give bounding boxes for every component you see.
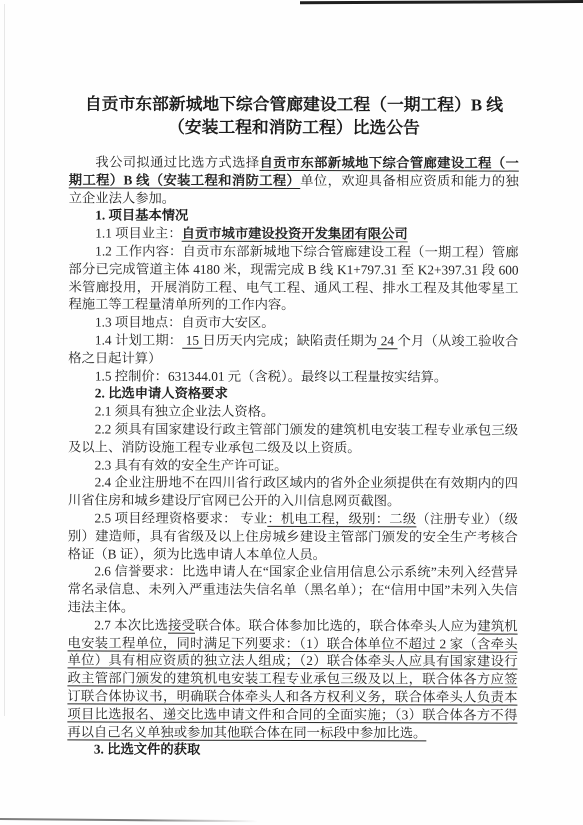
document-body: 我公司拟通过比选方式选择自贡市东部新城地下综合管廊建设工程（一期工程）B 线（安…: [67, 153, 519, 759]
section-heading: 2. 比选申请人资格要求: [68, 385, 518, 404]
paragraph: 2.1 须具有独立企业法人资格。: [68, 403, 518, 422]
document-title-line-2: （安装工程和消防工程）比选公告: [69, 116, 519, 140]
section-heading: 3. 比选文件的获取: [67, 741, 517, 760]
paragraph: 1.1 项目业主：自贡市城市建设投资开发集团有限公司: [69, 225, 519, 244]
paragraph: 2.6 信誉要求：比选申请人在“国家企业信用信息公示系统”未列入经营异常名录信息…: [68, 563, 518, 618]
paragraph: 2.5 项目经理资格要求： 专业：机电工程，级别：二级（注册专业）（级别）建造师…: [68, 509, 518, 564]
paragraph: 1.4 计划工期： 15 日历天内完成；缺陷责任期为 24 个月（从竣工验收合格…: [68, 331, 518, 368]
scanned-document-page: 自贡市东部新城地下综合管廊建设工程（一期工程）B 线 （安装工程和消防工程）比选…: [0, 0, 583, 825]
paragraph: 2.2 须具有国家建设行政主管部门颁发的建筑机电安装工程专业承包三级及以上、消防…: [68, 420, 518, 457]
scan-artifact-bottom-edge: [0, 818, 258, 822]
section-heading: 1. 项目基本情况: [69, 207, 519, 226]
paragraph: 2.4 企业注册地不在四川省行政区域内的省外企业须提供在有效期内的四川省住房和城…: [68, 474, 518, 511]
paragraph: 2.7 本次比选接受联合体。联合体参加比选的，联合体牵头人应为建筑机电安装工程单…: [67, 616, 517, 742]
document-title: 自贡市东部新城地下综合管廊建设工程（一期工程）B 线 （安装工程和消防工程）比选…: [69, 93, 519, 139]
paragraph: 1.3 项目地点：自贡市大安区。: [68, 314, 518, 333]
paragraph: 2.3 具有有效的安全生产许可证。: [68, 456, 518, 475]
scan-artifact-left-edge: [4, 4, 5, 716]
document-title-line-1: 自贡市东部新城地下综合管廊建设工程（一期工程）B 线: [69, 93, 519, 117]
paragraph: 我公司拟通过比选方式选择自贡市东部新城地下综合管廊建设工程（一期工程）B 线（安…: [69, 153, 519, 208]
paragraph: 1.5 控制价：631344.01 元（含税）。最终以工程量按实结算。: [68, 367, 518, 386]
paragraph: 1.2 工作内容：自贡市东部新城地下综合管廊建设工程（一期工程）管廊部分已完成管…: [68, 242, 518, 314]
document-content: 自贡市东部新城地下综合管廊建设工程（一期工程）B 线 （安装工程和消防工程）比选…: [67, 93, 519, 759]
scan-artifact-top-edge: [300, 0, 583, 4]
